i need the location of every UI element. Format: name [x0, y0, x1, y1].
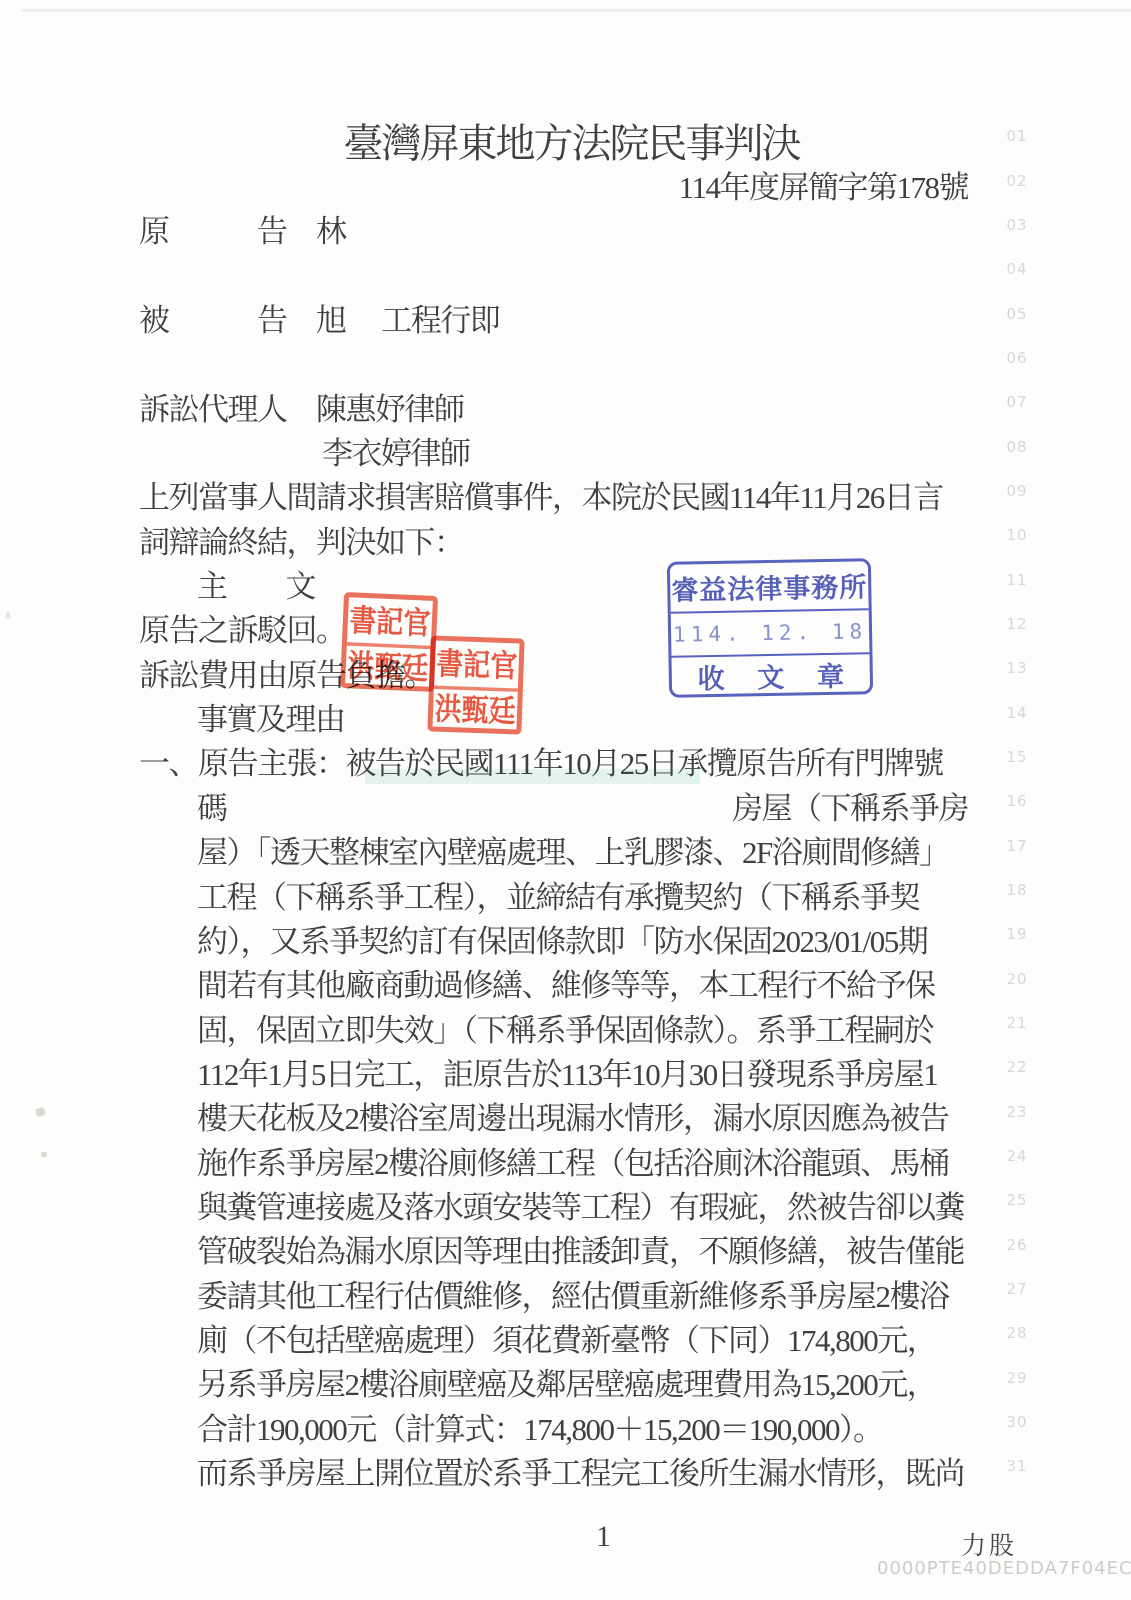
margin-line-number: 23 [1002, 1090, 1032, 1134]
margin-line-number: 11 [1002, 557, 1032, 601]
body-line-26: 管破裂始為漏水原因等理由推諉卸責，不願修繕，被告僅能 [139, 1227, 968, 1271]
body-line-15: 一、原告主張：被告於民國111年10月25日承攬原告所有門牌號 [139, 739, 968, 783]
preamble-line-1: 上列當事人間請求損害賠償事件，本院於民國114年11月26日言 [139, 473, 968, 517]
margin-line-number: 18 [1002, 868, 1032, 912]
scan-streak [22, 9, 1131, 12]
body-line-30: 合計190,000元（計算式：174,800＋15,200＝190,000）。 [139, 1404, 968, 1448]
body-line-19: 約），又系爭契約訂有保固條款即「防水保固2023/01/05期 [139, 916, 968, 960]
body-line-31: 而系爭房屋上開位置於系爭工程完工後所生漏水情形，既尚 [139, 1448, 968, 1492]
margin-line-number: 15 [1002, 735, 1032, 779]
margin-line-number: 01 [1002, 114, 1032, 158]
receipt-label: 收 文 章 [671, 652, 870, 696]
margin-line-number: 26 [1002, 1223, 1032, 1267]
facts-reasons-heading: 事實及理由 [139, 694, 968, 738]
margin-line-number: 03 [1002, 203, 1032, 247]
margin-line-number: 30 [1002, 1400, 1032, 1444]
margin-line-number: 13 [1002, 646, 1032, 690]
margin-line-number: 09 [1002, 469, 1032, 513]
margin-line-number: 29 [1002, 1356, 1032, 1400]
counsel-line-2: 李衣婷律師 [139, 428, 968, 472]
body-line-22: 112年1月5日完工，詎原告於113年10月30日發現系爭房屋1 [139, 1049, 968, 1093]
case-number: 114年度屏簡字第178號 [139, 162, 968, 206]
body-line-25: 與糞管連接處及落水頭安裝等工程）有瑕疵，然被告卻以糞 [139, 1182, 968, 1226]
clerk-seal-stamp: 書記官 洪甄廷 [340, 592, 438, 692]
document-title: 臺灣屏東地方法院民事判決 [139, 118, 968, 162]
margin-line-number: 22 [1002, 1045, 1032, 1089]
body-line-20: 間若有其他廠商動過修繕、維修等等，本工程行不給予保 [139, 961, 968, 1005]
document-body: 臺灣屏東地方法院民事判決 114年度屏簡字第178號 原 告 林 被 告 旭 工… [139, 118, 968, 1493]
body-line-28: 廁（不包括壁癌處理）須花費新臺幣（下同）174,800元， [139, 1315, 968, 1359]
court-judgment-page: 臺灣屏東地方法院民事判決 114年度屏簡字第178號 原 告 林 被 告 旭 工… [0, 0, 1131, 1600]
margin-line-number: 17 [1002, 824, 1032, 868]
clerk-seal-stamp: 書記官 洪甄廷 [427, 635, 524, 734]
body-line-27: 委請其他工程行估價維修，經估價重新維修系爭房屋2樓浴 [139, 1271, 968, 1315]
margin-line-number: 25 [1002, 1178, 1032, 1222]
receipt-date: 114. 12. 18 [671, 610, 870, 655]
blank-line [139, 340, 968, 384]
page-number: 1 [596, 1520, 611, 1554]
law-firm-receipt-stamp: 睿益法律事務所 114. 12. 18 收 文 章 [667, 558, 873, 698]
margin-line-number: 04 [1002, 247, 1032, 291]
margin-line-number: 20 [1002, 957, 1032, 1001]
division-label: 力股 [961, 1526, 1017, 1562]
body-line-23: 樓天花板及2樓浴室周邊出現漏水情形，漏水原因應為被告 [139, 1094, 968, 1138]
scan-code: 0000PTE40DEDDA7F04EC [877, 1558, 1131, 1579]
margin-line-number: 21 [1002, 1001, 1032, 1045]
clerk-seal-name: 洪甄廷 [345, 639, 431, 690]
margin-line-number: 12 [1002, 602, 1032, 646]
scan-artifact [6, 612, 10, 619]
body-line-21: 固，保固立即失效」（下稱系爭保固條款）。系爭工程嗣於 [139, 1005, 968, 1049]
margin-line-number: 10 [1002, 513, 1032, 557]
margin-line-number: 14 [1002, 690, 1032, 734]
margin-line-number: 08 [1002, 424, 1032, 468]
body-line-16: 碼 房屋（下稱系爭房 [139, 783, 968, 827]
margin-line-number: 05 [1002, 291, 1032, 335]
preamble-line-2: 詞辯論終結，判決如下： [139, 517, 968, 561]
party-defendant-line: 被 告 旭 工程行即 [139, 295, 968, 339]
margin-line-number: 07 [1002, 380, 1032, 424]
blank-line [139, 251, 968, 295]
margin-line-number: 24 [1002, 1134, 1032, 1178]
law-firm-name: 睿益法律事務所 [670, 561, 869, 613]
body-line-17: 屋）「透天整棟室內壁癌處理、上乳膠漆、2F浴廁間修繕」 [139, 828, 968, 872]
margin-line-number: 02 [1002, 158, 1032, 202]
margin-line-number: 28 [1002, 1311, 1032, 1355]
body-line-29: 另系爭房屋2樓浴廁壁癌及鄰居壁癌處理費用為15,200元， [139, 1360, 968, 1404]
margin-line-number: 06 [1002, 336, 1032, 380]
body-line-24: 施作系爭房屋2樓浴廁修繕工程（包括浴廁沐浴龍頭、馬桶 [139, 1138, 968, 1182]
body-line-16-right: 房屋（下稱系爭房 [732, 783, 968, 828]
body-line-18: 工程（下稱系爭工程），並締結有承攬契約（下稱系爭契 [139, 872, 968, 916]
clerk-seal-name: 洪甄廷 [432, 682, 518, 733]
margin-line-numbers: 01 02 03 04 05 06 07 08 09 10 11 12 13 1… [1002, 114, 1032, 1489]
counsel-line-1: 訴訟代理人 陳惠妤律師 [139, 384, 968, 428]
body-line-16-left: 碼 [197, 783, 227, 828]
margin-line-number: 27 [1002, 1267, 1032, 1311]
scan-artifact [41, 1152, 47, 1157]
margin-line-number: 16 [1002, 779, 1032, 823]
scan-artifact [35, 1107, 46, 1118]
margin-line-number: 31 [1002, 1444, 1032, 1488]
party-plaintiff-line: 原 告 林 [139, 207, 968, 251]
margin-line-number: 19 [1002, 912, 1032, 956]
